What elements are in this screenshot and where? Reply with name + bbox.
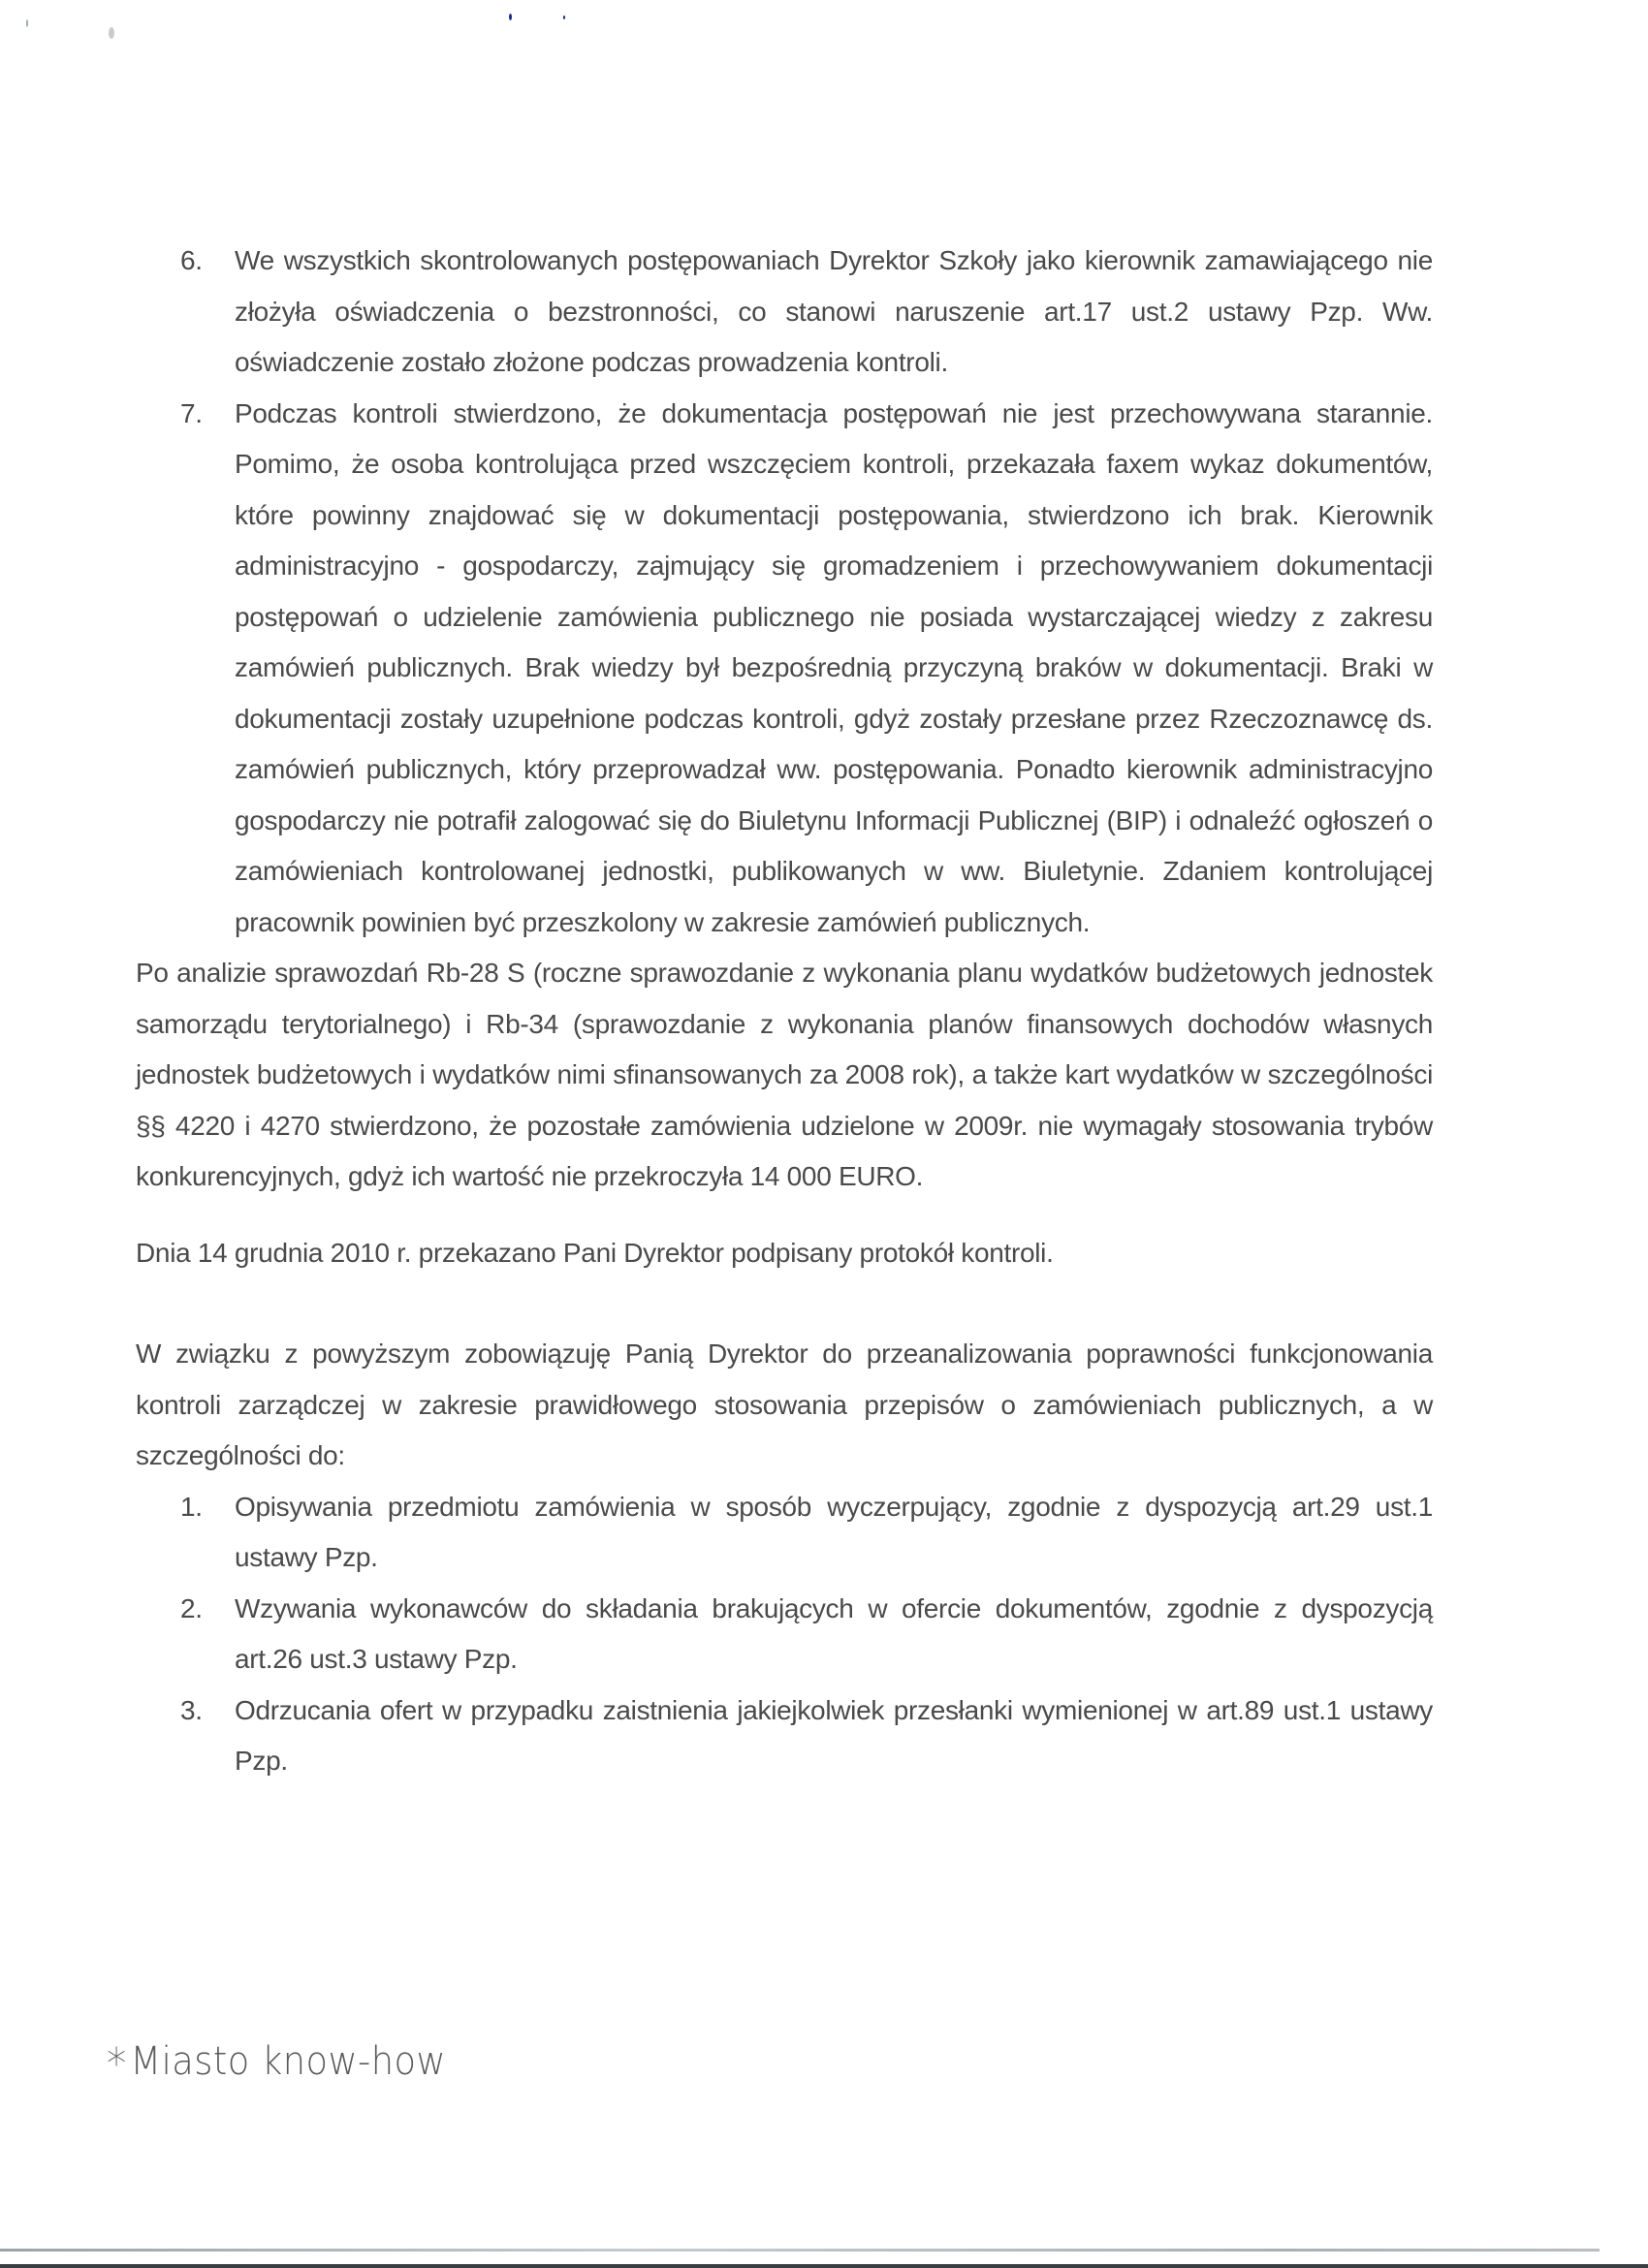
brand-text: Miasto know-how	[130, 2039, 446, 2084]
list-number: 1.	[180, 1482, 203, 1533]
finding-item-7: 7. Podczas kontroli stwierdzono, że doku…	[136, 389, 1433, 949]
analysis-paragraph: Po analizie sprawozdań Rb-28 S (roczne s…	[136, 948, 1433, 1203]
scan-speck	[509, 14, 512, 20]
obligation-text: Opisywania przedmiotu zamówienia w sposó…	[235, 1492, 1433, 1573]
asterisk-icon: *	[107, 2039, 127, 2089]
obligation-item-1: 1. Opisywania przedmiotu zamówienia w sp…	[136, 1482, 1433, 1584]
date-paragraph: Dnia 14 grudnia 2010 r. przekazano Pani …	[136, 1228, 1433, 1279]
brand-logo: *Miasto know-how	[107, 2035, 446, 2085]
obligation-item-2: 2. Wzywania wykonawców do składania brak…	[136, 1584, 1433, 1685]
finding-text: We wszystkich skontrolowanych postępowan…	[235, 245, 1433, 377]
obligation-text: Odrzucania ofert w przypadku zaistnienia…	[235, 1695, 1433, 1777]
list-number: 6.	[180, 236, 203, 287]
scan-speck	[563, 16, 565, 19]
scan-speck	[26, 19, 28, 27]
obligation-text: Wzywania wykonawców do składania brakują…	[235, 1593, 1433, 1675]
scan-edge-line	[0, 2249, 1600, 2252]
document-body: 6. We wszystkich skontrolowanych postępo…	[136, 236, 1433, 1787]
obligation-item-3: 3. Odrzucania ofert w przypadku zaistnie…	[136, 1685, 1433, 1787]
list-number: 3.	[180, 1685, 203, 1737]
scan-speck	[109, 27, 114, 39]
list-number: 7.	[180, 389, 203, 440]
scanned-document-page: 6. We wszystkich skontrolowanych postępo…	[0, 0, 1648, 2268]
obligation-paragraph: W związku z powyższym zobowiązuję Panią …	[136, 1329, 1433, 1482]
list-number: 2.	[180, 1584, 203, 1635]
finding-item-6: 6. We wszystkich skontrolowanych postępo…	[136, 236, 1433, 389]
finding-text: Podczas kontroli stwierdzono, że dokumen…	[235, 398, 1433, 937]
scan-bottom-edge	[0, 2264, 1648, 2268]
